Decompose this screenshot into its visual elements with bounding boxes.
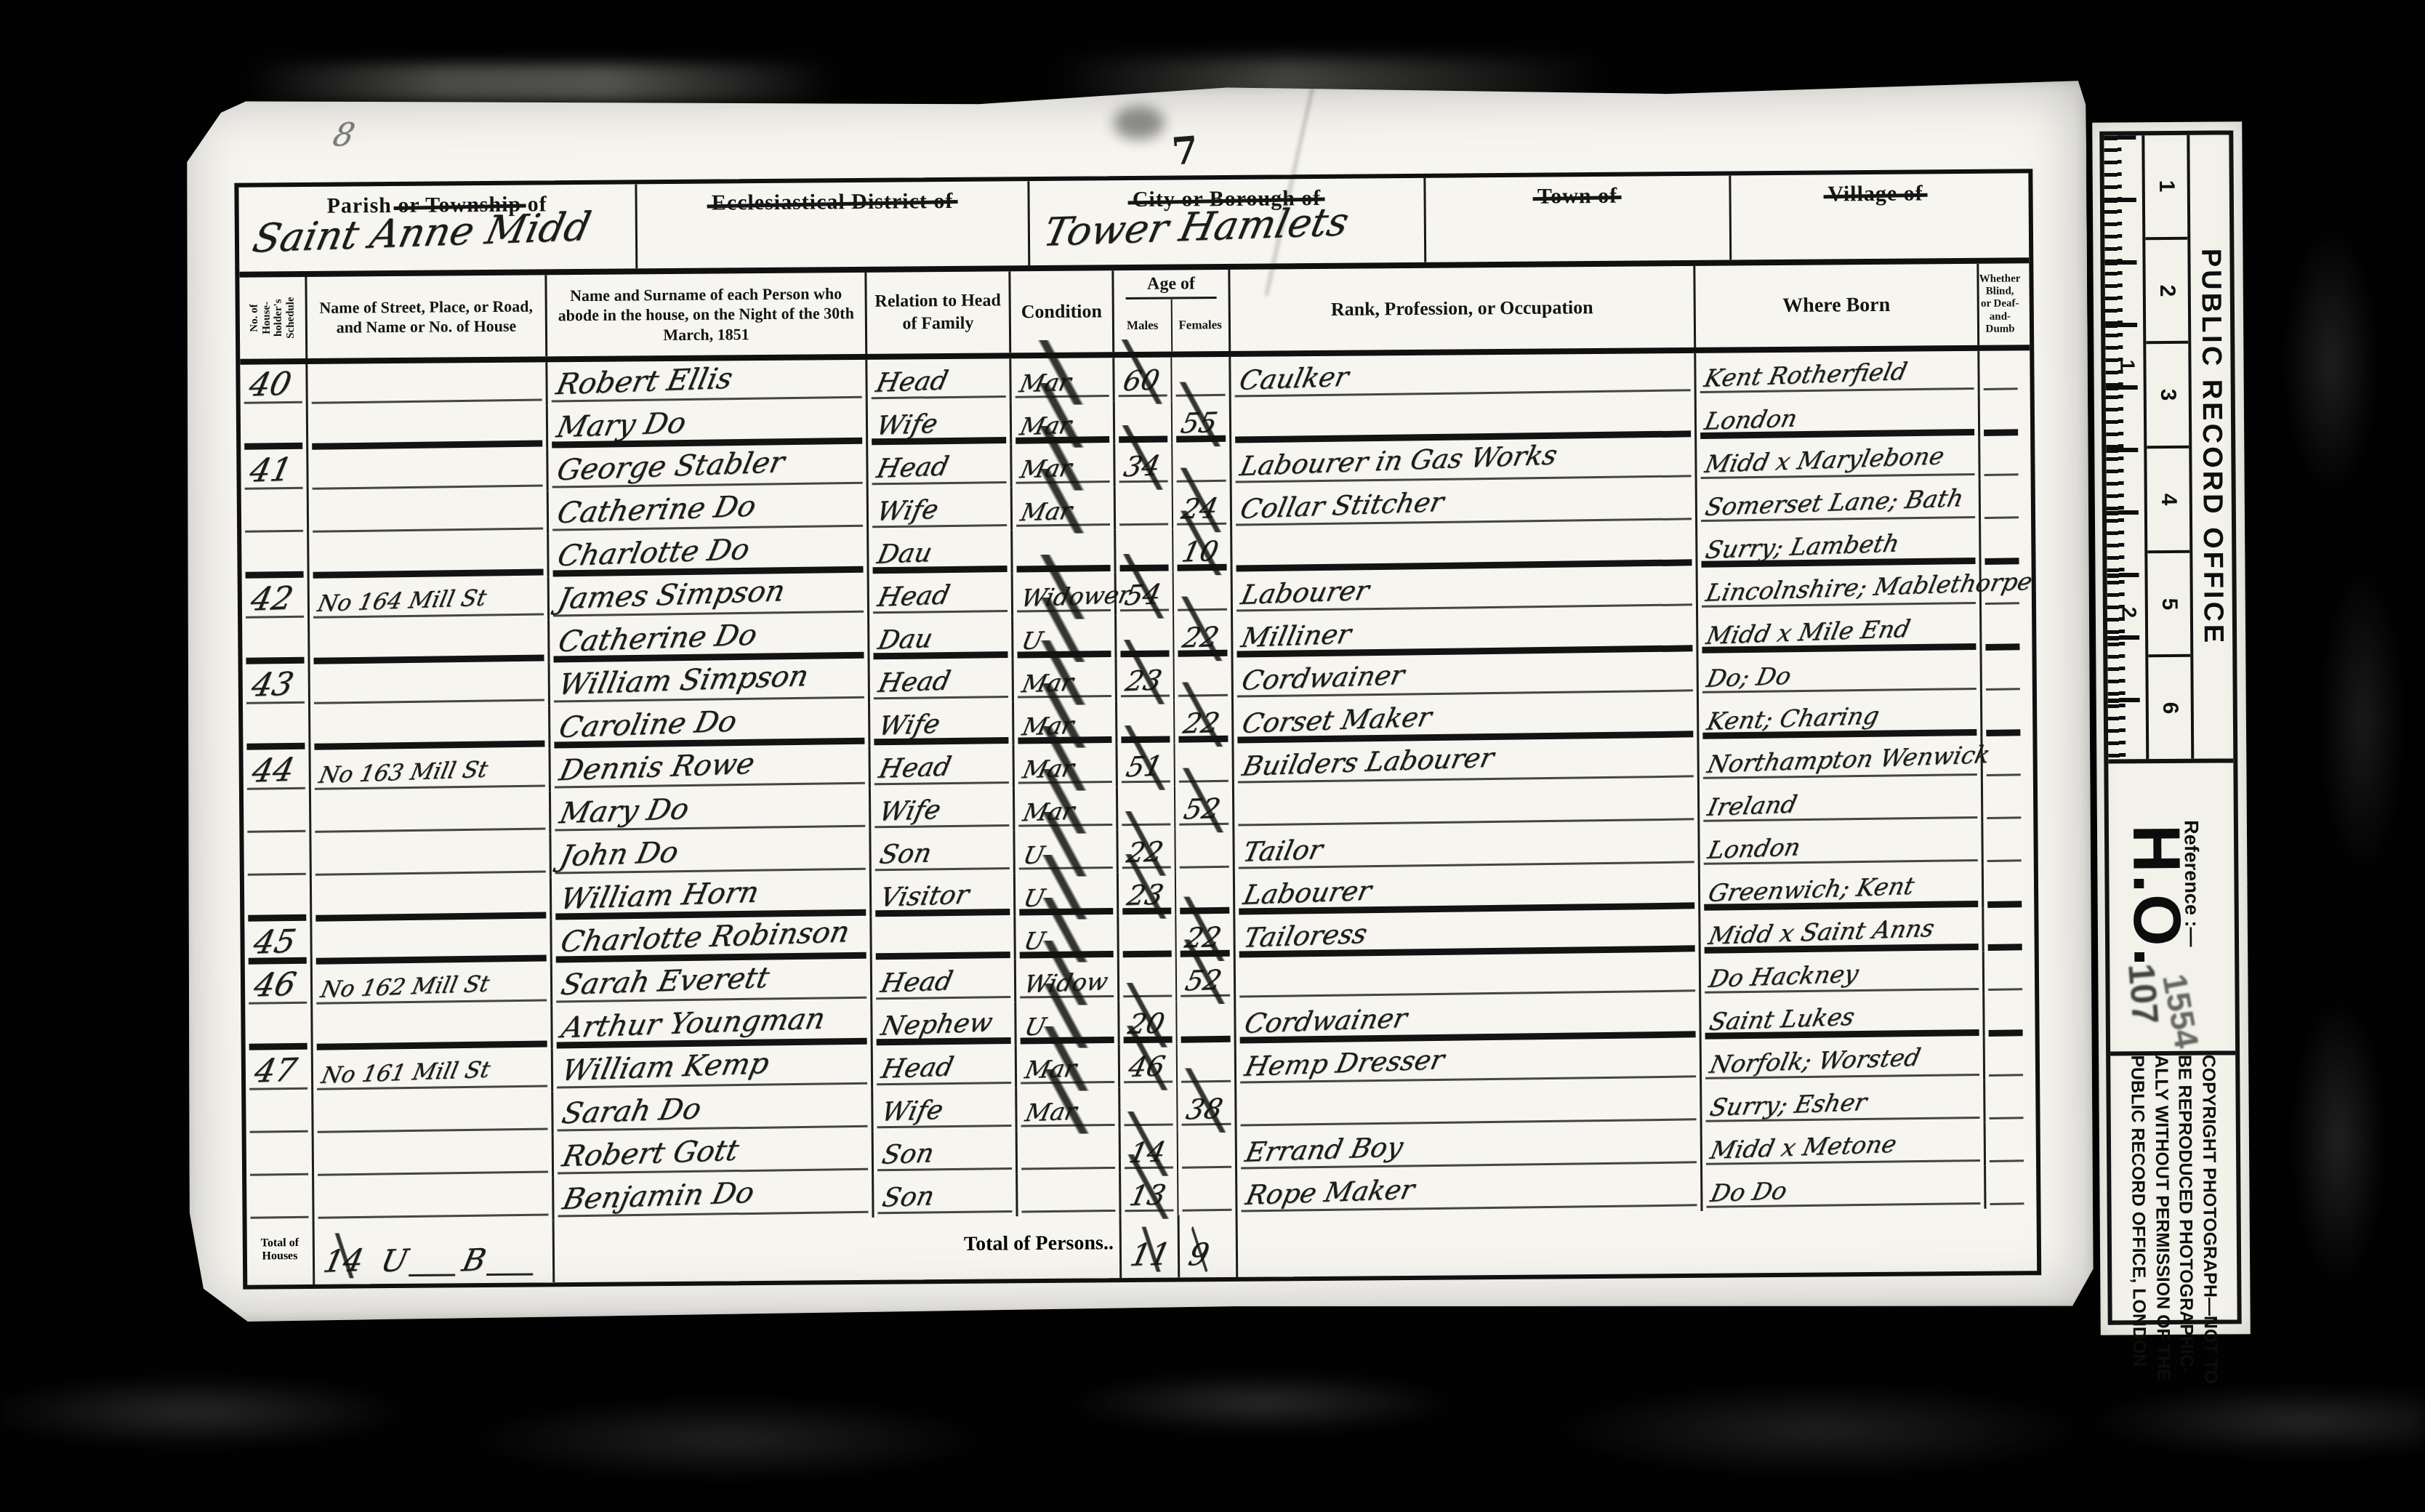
occupation: Cordwainer	[1242, 1005, 1409, 1037]
relation: Head	[875, 582, 952, 611]
person-name: Charlotte Robinson	[558, 917, 853, 957]
relation: Head	[879, 1054, 956, 1083]
film-noise	[0, 1330, 2425, 1512]
cm-number: 2	[2155, 284, 2179, 297]
birthplace: London	[1702, 406, 1799, 433]
uninhabited-label: U	[379, 1245, 411, 1276]
occupation: Labourer	[1239, 577, 1372, 608]
header-ecclesiastical: Ecclesiastical District of	[635, 181, 1028, 268]
relation: Son	[880, 1183, 937, 1212]
col-blind: Whether Blind, or Deaf-and-Dumb	[1976, 263, 2021, 345]
schedule-number: 47	[252, 1055, 299, 1088]
age-female: 10	[1180, 537, 1221, 566]
col-age-label: Age of	[1125, 270, 1217, 299]
person-name: Caroline Do	[556, 707, 739, 743]
age-male: 14	[1127, 1138, 1168, 1167]
person-name: Mary Do	[554, 409, 688, 442]
schedule-number: 40	[246, 369, 294, 402]
ho-series: H.O.	[2118, 824, 2195, 968]
cm-number: 1	[2154, 180, 2179, 192]
age-male: 60	[1121, 366, 1162, 395]
age-female: 52	[1181, 795, 1223, 824]
relation: Wife	[874, 497, 941, 526]
header-city-borough: City or Borough of Tower Hamlets	[1027, 178, 1424, 265]
occupation: Labourer	[1241, 877, 1374, 909]
condition: Mar	[1023, 1056, 1079, 1082]
condition: Widower	[1019, 582, 1133, 610]
schedule-number: 42	[248, 583, 296, 616]
birthplace: Do; Do	[1705, 664, 1793, 691]
total-females-cell: 9	[1178, 1215, 1236, 1278]
page-number: 7	[1170, 128, 1200, 174]
totals-row: Total of Houses 14 UB Total of Persons..…	[247, 1208, 2038, 1284]
relation: Head	[877, 754, 954, 783]
birthplace: Do Do	[1708, 1178, 1789, 1205]
condition: Mar	[1018, 456, 1074, 482]
condition: Mar	[1018, 413, 1074, 439]
total-males: 11	[1127, 1239, 1173, 1271]
person-name: James Simpson	[555, 576, 787, 614]
occupation: Tailoress	[1242, 920, 1370, 952]
relation: Wife	[880, 1098, 946, 1126]
ruler-inch-number: 2	[2118, 607, 2141, 619]
person-name: Benjamin Do	[560, 1178, 757, 1214]
birthplace: Midd x Mile End	[1704, 616, 1912, 648]
header-parish: Parish or Township of Saint Anne Midd	[238, 184, 635, 271]
person-name: Catherine Do	[555, 621, 759, 657]
address: No 162 Mill St	[318, 973, 491, 1002]
age-male: 34	[1122, 451, 1163, 480]
col-age-males: Males	[1114, 299, 1171, 353]
totals-empty-cell	[1236, 1208, 2038, 1277]
col-relation: Relation to Head of Family	[864, 271, 1009, 354]
occupation: Milliner	[1239, 621, 1353, 651]
person-name: Mary Do	[557, 795, 691, 828]
age-female: 22	[1183, 923, 1224, 952]
schedule-number: 43	[249, 669, 297, 702]
schedule-number: 46	[251, 969, 299, 1002]
condition: U	[1021, 885, 1047, 910]
occupation: Builders Labourer	[1240, 744, 1496, 780]
col-age-females: Females	[1170, 299, 1228, 352]
ruler-cm-boxes: 1 2 3 4 5 6	[2144, 135, 2194, 759]
person-name: William Simpson	[556, 661, 811, 699]
relation: Nephew	[879, 1010, 995, 1039]
birthplace: Kent Rotherfield	[1702, 359, 1910, 390]
age-male: 22	[1125, 837, 1166, 866]
age-female: 55	[1178, 409, 1220, 438]
age-male: 54	[1122, 580, 1164, 609]
relation: Head	[878, 968, 955, 997]
birthplace: Midd x Metone	[1708, 1132, 1899, 1162]
col-condition: Condition	[1008, 270, 1112, 353]
age-female: 22	[1181, 709, 1222, 738]
col-address: Name of Street, Place, or Road, and Name…	[305, 275, 545, 358]
birthplace: Midd x Saint Anns	[1707, 916, 1937, 948]
reference-section: Reference :— H.O. 107 1554	[2108, 763, 2235, 1055]
age-male: 20	[1126, 1009, 1167, 1038]
occupation: Rope Maker	[1243, 1176, 1417, 1209]
person-name: Dennis Rowe	[557, 749, 757, 786]
condition: Widow	[1022, 969, 1110, 996]
ruler-inch-number: 1	[2115, 360, 2139, 371]
occupation: Collar Stitcher	[1238, 488, 1446, 523]
col-age: Age of Males Females	[1111, 270, 1228, 352]
relation: Head	[874, 368, 951, 397]
relation: Wife	[874, 411, 940, 440]
birthplace: Midd x Marylebone	[1703, 443, 1947, 476]
total-females: 9	[1186, 1239, 1212, 1270]
age-female: 38	[1184, 1095, 1226, 1124]
birthplace: Do Hackney	[1707, 962, 1861, 991]
parish-value: Saint Anne Midd	[249, 205, 656, 259]
person-name: Sarah Do	[560, 1094, 704, 1128]
occupation: Errand Boy	[1243, 1133, 1405, 1166]
relation: Dau	[875, 540, 935, 568]
birthplace: Norfolk; Worsted	[1708, 1045, 1923, 1077]
condition: Mar	[1021, 756, 1077, 782]
address: No 161 Mill St	[319, 1059, 492, 1087]
pro-title: PUBLIC RECORD OFFICE	[2195, 248, 2229, 646]
age-male: 46	[1126, 1052, 1167, 1081]
condition: U	[1019, 628, 1045, 653]
birthplace: Northampton Wenwick	[1705, 742, 1992, 776]
condition: Mar	[1018, 499, 1074, 525]
relation: Son	[877, 840, 934, 869]
condition: U	[1021, 843, 1047, 867]
col-occupation: Rank, Profession, or Occupation	[1228, 266, 1694, 351]
condition: Mar	[1018, 370, 1074, 396]
condition: Mar	[1020, 670, 1076, 696]
person-name: Arthur Youngman	[559, 1004, 828, 1042]
total-persons-label: Total of Persons..	[552, 1215, 1120, 1282]
age-female: 24	[1179, 494, 1220, 523]
copyright-section: COPYRIGHT PHOTOGRAPH—NOT TO BE REPRODUCE…	[2110, 1055, 2237, 1324]
person-name: Sarah Everett	[558, 963, 771, 1000]
occupation: Corset Maker	[1239, 704, 1433, 737]
relation: Head	[876, 668, 953, 697]
schedule-number: 45	[251, 926, 299, 960]
book-number: 1554	[2155, 971, 2207, 1051]
age-male: 51	[1124, 752, 1165, 781]
age-male: 13	[1127, 1181, 1168, 1210]
address: No 163 Mill St	[317, 759, 490, 787]
person-name: Robert Ellis	[554, 364, 736, 400]
birthplace: Surry; Lambeth	[1704, 531, 1902, 561]
ruler-ticks: 1 2	[2104, 135, 2149, 759]
cm-number: 6	[2157, 702, 2182, 715]
birthplace: Greenwich; Kent	[1706, 874, 1916, 905]
cm-number: 4	[2156, 493, 2181, 505]
person-name: William Kemp	[559, 1049, 771, 1085]
total-houses-value: 14 UB	[313, 1220, 553, 1284]
cm-number: 3	[2155, 389, 2180, 401]
condition: Mar	[1020, 713, 1076, 739]
occupation: Cordwainer	[1239, 661, 1407, 694]
condition: U	[1023, 1014, 1048, 1039]
col-born: Where Born	[1693, 264, 1977, 347]
column-header-row: No. of House-holder's Schedule Name of S…	[239, 263, 2030, 364]
form-header-band: Parish or Township of Saint Anne Midd Ec…	[238, 173, 2029, 277]
condition: Mar	[1021, 799, 1077, 825]
header-town: Town of	[1423, 176, 1729, 262]
cm-number: 5	[2157, 598, 2181, 610]
condition: Mar	[1024, 1099, 1079, 1125]
person-name: Robert Gott	[560, 1136, 741, 1172]
occupation: Tailor	[1241, 836, 1325, 866]
census-table: Parish or Township of Saint Anne Midd Ec…	[234, 169, 2041, 1289]
public-record-office-label: 1 2 1 2 3 4 5 6 PUBLIC RECORD OFFICE Ref…	[2092, 121, 2251, 1335]
relation: Dau	[875, 626, 935, 654]
address: No 164 Mill St	[315, 587, 488, 616]
col-schedule: No. of House-holder's Schedule	[239, 277, 305, 359]
occupation: Hemp Dresser	[1242, 1046, 1447, 1080]
age-male: 23	[1125, 880, 1166, 909]
census-page: 8 7 Parish or Township of Saint Anne Mid…	[177, 79, 2095, 1324]
header-village: Village of	[1729, 173, 2020, 260]
person-name: George Stabler	[555, 448, 787, 485]
age-female: 22	[1180, 623, 1221, 652]
table-body: 40 Robert Ellis Head Mar 60 Caulker Kent…	[240, 350, 2036, 1222]
relation: Visitor	[877, 882, 971, 911]
birthplace: Saint Lukes	[1708, 1005, 1857, 1034]
building-label: B	[459, 1244, 488, 1276]
occupation: Caulker	[1237, 363, 1351, 394]
age-female: 52	[1183, 966, 1224, 995]
person-name: William Horn	[558, 878, 761, 914]
schedule-number: 41	[247, 454, 295, 488]
birthplace: Kent; Charing	[1705, 703, 1881, 733]
birthplace: Ireland	[1705, 792, 1799, 819]
birthplace: London	[1706, 835, 1803, 862]
microfilm-scan: 8 7 Parish or Township of Saint Anne Mid…	[0, 0, 2425, 1512]
person-name: Catherine Do	[555, 492, 758, 528]
birthplace: Surry; Esher	[1708, 1090, 1870, 1119]
relation: Head	[874, 454, 952, 483]
person-name: Charlotte Do	[555, 535, 752, 571]
person-name: John Do	[558, 837, 681, 871]
film-noise	[2268, 182, 2425, 1381]
relation: Son	[880, 1141, 936, 1169]
total-males-cell: 11	[1119, 1215, 1178, 1279]
schedule-number: 44	[249, 755, 297, 788]
relation: Wife	[876, 712, 942, 740]
relation: Wife	[877, 797, 943, 826]
film-streak	[247, 64, 901, 102]
birthplace: Somerset Lane; Bath	[1703, 486, 1966, 519]
total-houses-label: Total of Houses	[247, 1222, 313, 1285]
condition: U	[1022, 928, 1047, 953]
age-male: 23	[1123, 666, 1165, 695]
col-name: Name and Surname of each Person who abod…	[544, 273, 865, 356]
borough-value: Tower Hamlets	[1040, 199, 1445, 252]
occupation: Labourer in Gas Works	[1238, 441, 1560, 480]
total-houses-number: 14	[321, 1245, 366, 1277]
copyright-text: COPYRIGHT PHOTOGRAPH—NOT TO BE REPRODUCE…	[2126, 1055, 2222, 1326]
ruler-section: 1 2 1 2 3 4 5 6 PUBLIC RECORD OFFICE	[2104, 134, 2233, 763]
